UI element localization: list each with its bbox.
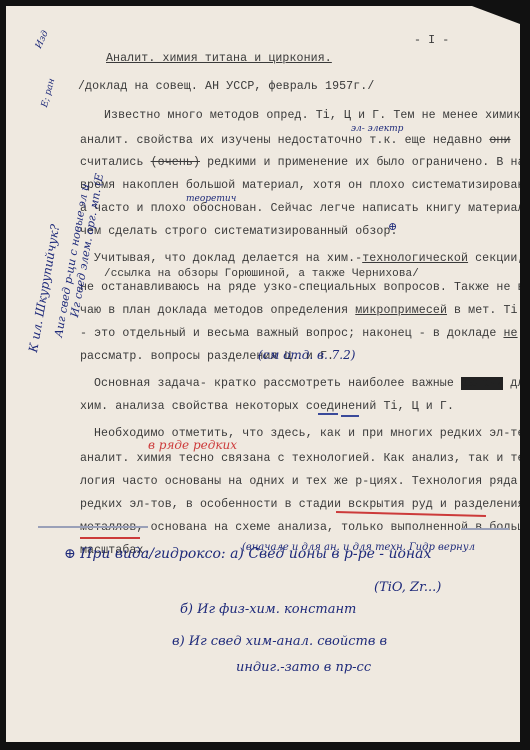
page-number: - I - [414,34,449,47]
red-underline [80,537,140,539]
text-line: не останавливаюсь на ряде узко-специальн… [80,281,530,294]
handwritten-note: ⊕ При вида/гидроксо: а) Свед ионы в р-ре… [64,546,431,562]
document-subtitle: /доклад на совещ. АН УССР, февраль 1957г… [78,80,374,93]
handwritten-note: эл- электр [351,124,403,134]
margin-note: Изд [34,29,51,50]
document-page: - I - Аналит. химия титана и циркония. /… [6,6,520,742]
divider-line [38,526,148,528]
underline-mark [341,415,359,417]
red-underline [336,511,486,516]
text-line-insert: /ссылка на обзоры Горюшиной, а также Чер… [104,268,419,280]
text-line: аналит. свойства их изучены недостаточно… [80,134,511,147]
handwritten-note: в) Иг свед хим-анал. свойств в [172,634,387,649]
margin-note: Е; ран [40,77,57,108]
red-annotation: в ряде редких [148,438,237,452]
text-line: чаю в план доклада методов определения м… [80,304,530,317]
text-line: чем сделать строго систематизированный о… [80,225,398,238]
text-line: Основная задача- кратко рассмотреть наиб… [94,377,530,390]
handwritten-note: (см отд. в. 7.2) [258,348,355,362]
handwritten-note: индиг.-зато в пр-сс [236,660,371,675]
text-line: аналит. химия тесно связана с технологие… [80,452,530,465]
handwritten-note: б) Иг физ-хим. констант [180,602,356,617]
text-line: а часто и плохо обоснован. Сейчас легче … [80,202,530,215]
text-line: хим. анализа свойства некоторых соединен… [80,400,454,413]
text-line: считались (очень) редкими и применение и… [80,156,530,169]
handwritten-note: теоретич [186,194,236,204]
text-line: Учитывая, что доклад делается на хим.-те… [94,252,530,265]
text-line: Известно много методов опред. Ti, Ц и Г.… [104,109,530,122]
handwritten-note: (ТiO, Zr...) [374,580,441,595]
divider-line [461,528,509,530]
document-title: Аналит. химия титана и циркония. [106,52,332,65]
text-line: - это отдельный и весьма важный вопрос; … [80,327,518,340]
star-mark-icon: ⊕ [388,220,397,233]
underline-mark [318,413,338,415]
text-line: редких эл-тов, в особенности в стадии вс… [80,498,525,511]
text-line: время накоплен большой материал, хотя он… [80,179,530,192]
text-line: логия часто основаны на одних и тех же р… [80,475,518,488]
